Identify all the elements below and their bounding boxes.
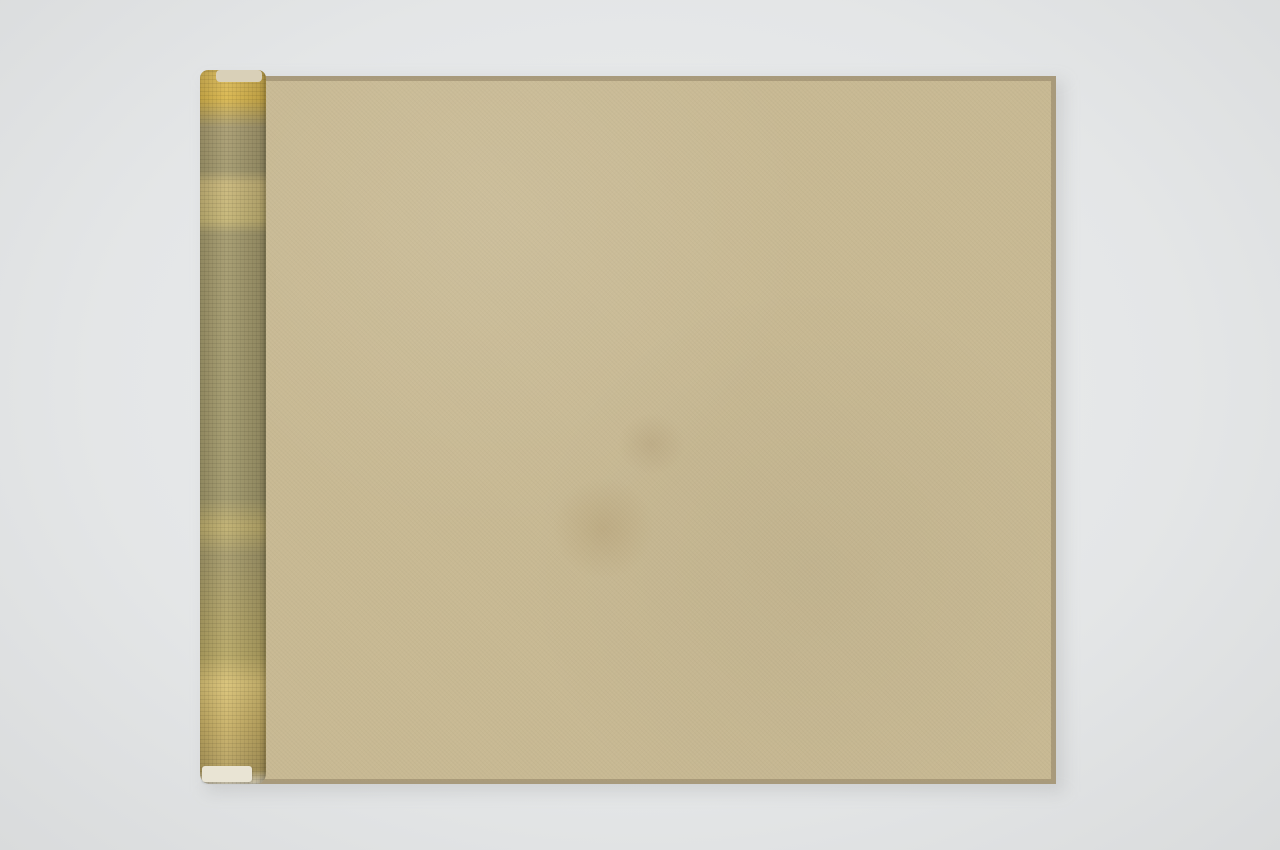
- carpet-surface: [250, 76, 1056, 784]
- roll-top-end: [216, 70, 262, 82]
- roll-bottom-end: [202, 766, 252, 782]
- rolled-carpet-edge: [200, 70, 266, 784]
- photo-scene: [0, 0, 1280, 850]
- roll-backing-texture: [200, 70, 266, 784]
- carpet-edge-binding: [250, 79, 1053, 781]
